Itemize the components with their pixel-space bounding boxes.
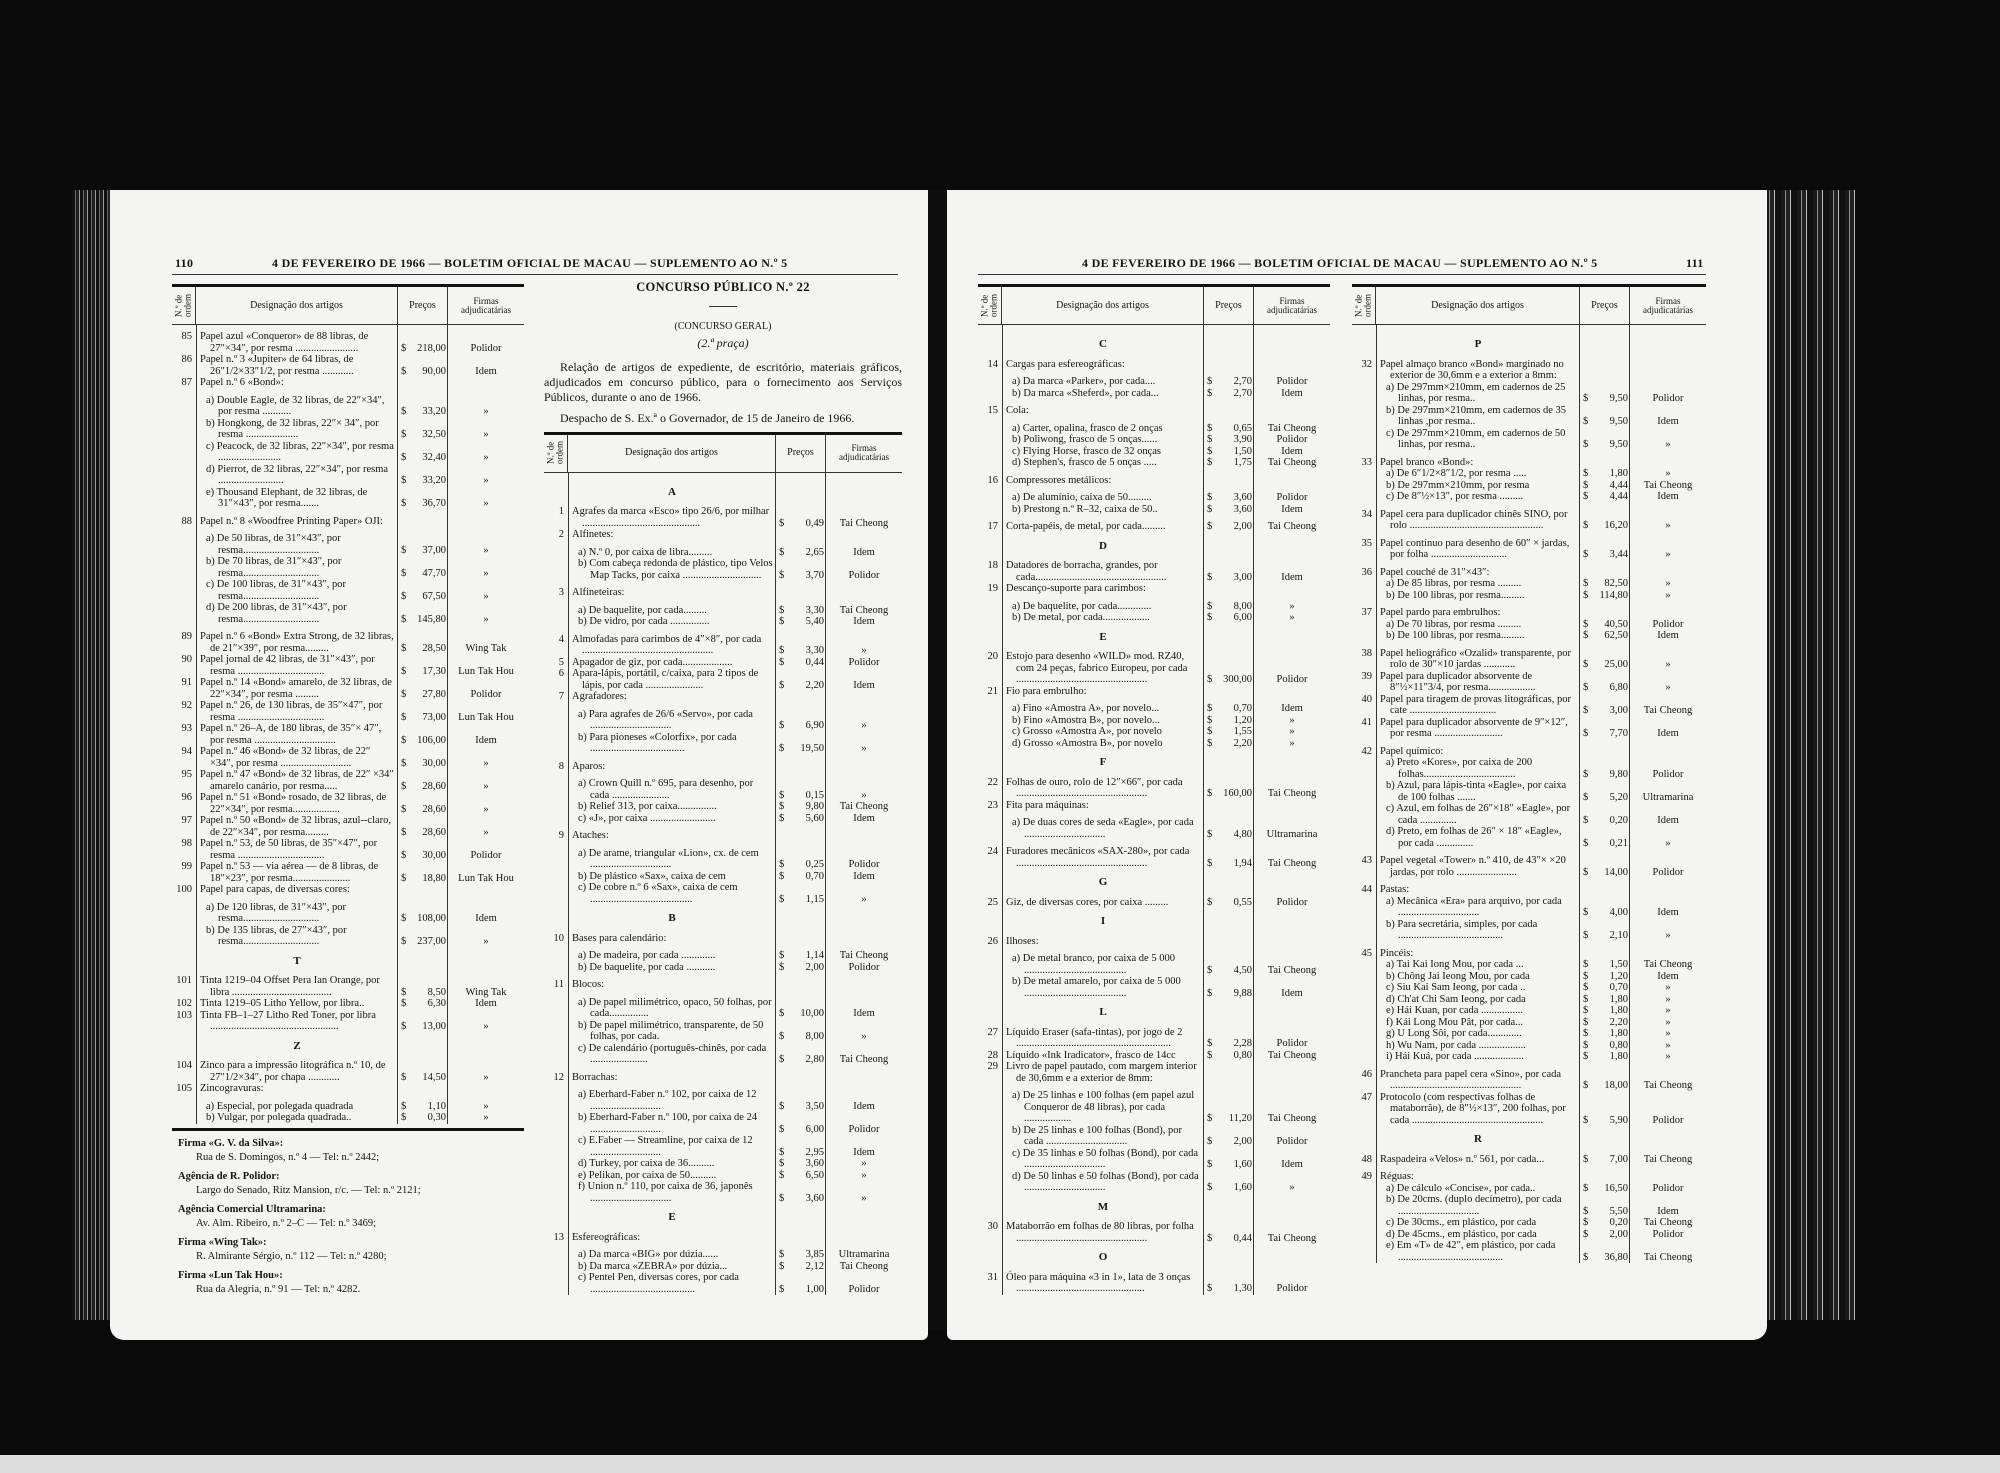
currency-sign: $ — [1207, 612, 1212, 624]
currency-sign: $ — [1583, 1217, 1588, 1229]
price-value: 36,70 — [422, 498, 446, 510]
item-price: $2,95 — [776, 1147, 826, 1159]
awarded-firm: Lun Tak Hou — [448, 873, 524, 885]
header-num: N.º de ordem — [978, 287, 1002, 325]
item-price: $17,30 — [398, 666, 448, 678]
price-column-rule — [1579, 325, 1580, 1263]
table-subrow: b) De 25 linhas e 100 folhas (Bond), por… — [978, 1125, 1330, 1148]
item-description: Papel n.º 47 «Bond» de 32 libras, de 22″… — [196, 769, 398, 792]
price-value: 82,50 — [1604, 578, 1628, 590]
currency-sign: $ — [1583, 930, 1588, 942]
item-price: $9,88 — [1204, 988, 1254, 1000]
firm-name: Firma «Lun Tak Hou»: — [178, 1269, 530, 1283]
table-subrow: b) Para secretária, simples, por cada ..… — [1352, 919, 1706, 942]
table-col-3: N.º de ordem Designação dos artigos Preç… — [978, 284, 1330, 1295]
price-value: 28,60 — [422, 781, 446, 793]
item-number: 26 — [978, 936, 1002, 948]
item-description: Papel n.º 26, de 130 libras, de 35″×47″,… — [196, 700, 398, 723]
currency-sign: $ — [401, 475, 406, 487]
item-number: 97 — [172, 815, 196, 827]
currency-sign: $ — [1207, 1050, 1212, 1062]
currency-sign: $ — [779, 813, 784, 825]
currency-sign: $ — [401, 936, 406, 948]
item-price: $1,75 — [1204, 457, 1254, 469]
currency-sign: $ — [1207, 988, 1212, 1000]
item-description: Papel para duplicador absorvente de 8″½×… — [1376, 671, 1580, 694]
price-value: 6,80 — [1610, 682, 1628, 694]
awarded-firm: Polidor — [1254, 674, 1330, 686]
item-description: f) Union n.º 110, por caixa de 36, japon… — [568, 1181, 776, 1204]
awarded-firm: Idem — [1630, 630, 1706, 642]
item-number: 98 — [172, 838, 196, 850]
price-value: 0,15 — [806, 790, 824, 802]
table-subrow: a) Da marca «BIG» por dúzia......$3,85Ul… — [544, 1249, 902, 1261]
currency-sign: $ — [1207, 726, 1212, 738]
table-subrow: c) De 35 linhas e 50 folhas (Bond), por … — [978, 1148, 1330, 1171]
table-subrow: a) De duas cores de seda «Eagle», por ca… — [978, 817, 1330, 840]
item-description: Papel n.º 53 — via aérea — de 8 libras, … — [196, 861, 398, 884]
table-subrow: c) Azul, em folhas de 26″×18″ «Eagle», p… — [1352, 803, 1706, 826]
item-price: $3,60 — [1204, 492, 1254, 504]
item-description: Papel heliográfico «Ozalid» transparente… — [1376, 648, 1580, 671]
awarded-firm: » — [1630, 439, 1706, 451]
price-value: 33,20 — [422, 475, 446, 487]
price-value: 3,00 — [1610, 705, 1628, 717]
price-value: 9,80 — [1610, 769, 1628, 781]
awarded-firm: » — [1630, 838, 1706, 850]
table-row: 15Cola: — [978, 405, 1330, 417]
currency-sign: $ — [1207, 423, 1212, 435]
currency-sign: $ — [1583, 1051, 1588, 1063]
item-price: $4,44 — [1580, 491, 1630, 503]
currency-sign: $ — [401, 804, 406, 816]
book-spine — [928, 190, 947, 1330]
table-row: 48Raspadeira «Velos» n.º 561, por cada..… — [1352, 1154, 1706, 1166]
currency-sign: $ — [1583, 1154, 1588, 1166]
item-number: 87 — [172, 377, 196, 389]
item-number: 105 — [172, 1083, 196, 1095]
price-value: 218,00 — [417, 343, 446, 355]
item-price: $2,80 — [776, 1054, 826, 1066]
table-subrow: c) Pentel Pen, diversas cores, por cada … — [544, 1272, 902, 1295]
price-value: 5,40 — [806, 616, 824, 628]
price-value: 3,85 — [806, 1249, 824, 1261]
awarded-firm: » — [1630, 1040, 1706, 1052]
item-price: $4,50 — [1204, 965, 1254, 977]
table-body: P32Papel almaço branco «Bond» marginado … — [1352, 325, 1706, 1263]
item-price: $114,80 — [1580, 590, 1630, 602]
price-value: 8,50 — [428, 987, 446, 999]
price-value: 67,50 — [422, 591, 446, 603]
table-row: 39Papel para duplicador absorvente de 8″… — [1352, 671, 1706, 694]
awarded-firm: » — [1630, 930, 1706, 942]
item-description: Papel vegetal «Tower» n.º 410, de 43″× ×… — [1376, 855, 1580, 878]
price-value: 5,20 — [1610, 792, 1628, 804]
item-number: 96 — [172, 792, 196, 804]
item-description: Estojo para desenho «WILD» mod. RZ40, co… — [1002, 651, 1204, 686]
item-description: a) Tai Kai Iong Mou, por cada ... — [1376, 959, 1580, 971]
currency-sign: $ — [779, 657, 784, 669]
price-value: 2,65 — [806, 547, 824, 559]
awarded-firm: Idem — [826, 616, 902, 628]
table-row: 91Papel n.º 14 «Bond» amarelo, de 32 lib… — [172, 677, 524, 700]
awarded-firm: Idem — [448, 366, 524, 378]
table-subrow: a) De papel milimétrico, opaco, 50 folha… — [544, 997, 902, 1020]
item-number: 89 — [172, 631, 196, 643]
currency-sign: $ — [1207, 504, 1212, 516]
price-value: 4,80 — [1234, 829, 1252, 841]
item-price: $6,00 — [1204, 612, 1254, 624]
item-price: $0,30 — [398, 1112, 448, 1124]
currency-sign: $ — [779, 790, 784, 802]
item-price: $4,44 — [1580, 480, 1630, 492]
table-row: 102Tinta 1219–05 Litho Yellow, por libra… — [172, 998, 524, 1010]
currency-sign: $ — [1583, 520, 1588, 532]
price-value: 1,30 — [1234, 1283, 1252, 1295]
item-description: c) De cobre n.º 6 «Sax», caixa de cem ..… — [568, 882, 776, 905]
item-description: d) Turkey, por caixa de 36.......... — [568, 1158, 776, 1170]
item-price: $3,30 — [776, 605, 826, 617]
header-firm: Firmas adjudicatárias — [826, 435, 902, 472]
table-row: 25Giz, de diversas cores, por caixa ....… — [978, 897, 1330, 909]
table-subrow: a) Crown Quill n.º 695, para desenho, po… — [544, 778, 902, 801]
item-price: $5,40 — [776, 616, 826, 628]
table-row: 3Alfineteiras: — [544, 587, 902, 599]
item-description: Papel couché de 31″×43″: — [1376, 567, 1580, 579]
awarded-firm: » — [448, 804, 524, 816]
awarded-firm: Idem — [826, 680, 902, 692]
item-description: b) De 100 libras, por resma......... — [1376, 630, 1580, 642]
item-price: $0,70 — [1580, 982, 1630, 994]
item-price: $6,90 — [776, 720, 826, 732]
table-subrow: a) Carter, opalina, frasco de 2 onças$0,… — [978, 423, 1330, 435]
table-row: 28Líquido «Ink Iradicator», frasco de 14… — [978, 1050, 1330, 1062]
item-number: 104 — [172, 1060, 196, 1072]
item-price: $82,50 — [1580, 578, 1630, 590]
table-row: 41Papel para duplicador absorvente de 9″… — [1352, 717, 1706, 740]
currency-sign: $ — [779, 570, 784, 582]
awarded-firm: Tai Cheong — [1630, 959, 1706, 971]
item-price: $0,15 — [776, 790, 826, 802]
price-value: 9,80 — [806, 801, 824, 813]
concurso-intro: Relação de artigos de expediente, de esc… — [544, 360, 902, 405]
price-value: 0,70 — [806, 871, 824, 883]
table-row: 93Papel n.º 26–A, de 180 libras, de 35″×… — [172, 723, 524, 746]
currency-sign: $ — [1207, 788, 1212, 800]
currency-sign: $ — [1583, 1080, 1588, 1092]
item-number: 33 — [1352, 457, 1376, 469]
item-description: a) Mecânica «Era» para arquivo, por cada… — [1376, 896, 1580, 919]
page-number-right: 111 — [1686, 256, 1704, 271]
currency-sign: $ — [779, 1031, 784, 1043]
item-description: Datadores de borracha, grandes, por cada… — [1002, 560, 1204, 583]
item-description: Zinco para a impressão litográfica n.º 1… — [196, 1060, 398, 1083]
item-price: $1,80 — [1580, 1028, 1630, 1040]
price-value: 32,50 — [422, 429, 446, 441]
awarded-firm: » — [1630, 1005, 1706, 1017]
currency-sign: $ — [1207, 1136, 1212, 1148]
item-price: $18,80 — [398, 873, 448, 885]
item-number: 90 — [172, 654, 196, 666]
price-value: 2,80 — [806, 1054, 824, 1066]
item-number: 29 — [978, 1061, 1002, 1073]
item-description: Tinta FB–1–27 Litho Red Toner, por libra… — [196, 1010, 398, 1033]
currency-sign: $ — [779, 871, 784, 883]
item-description: Bases para calendário: — [568, 933, 776, 945]
running-head-right: 4 DE FEVEREIRO DE 1966 — BOLETIM OFICIAL… — [1082, 256, 1597, 271]
item-number: 14 — [978, 359, 1002, 371]
item-description: a) De 50 libras, de 31″×43″, por resma..… — [196, 533, 398, 556]
item-price: $8,50 — [398, 987, 448, 999]
item-price: $9,80 — [776, 801, 826, 813]
awarded-firm: Tai Cheong — [826, 950, 902, 962]
table-row: 89Papel n.º 6 «Bond» Extra Strong, de 32… — [172, 631, 524, 654]
price-value: 90,00 — [422, 366, 446, 378]
table-subrow: c) De 297mm×210mm, em cadernos de 50 lin… — [1352, 428, 1706, 451]
price-value: 1,75 — [1234, 457, 1252, 469]
table-subrow: b) Com cabeça redonda de plástico, tipo … — [544, 558, 902, 581]
table-subrow: b) Eberhard-Faber n.º 100, por caixa de … — [544, 1112, 902, 1135]
awarded-firm: Idem — [448, 735, 524, 747]
awarded-firm: Idem — [1254, 988, 1330, 1000]
awarded-firm: Idem — [1254, 504, 1330, 516]
item-description: Papel azul «Conqueror» de 88 libras, de … — [196, 331, 398, 354]
price-value: 2,20 — [1610, 1017, 1628, 1029]
awarded-firm: » — [448, 406, 524, 418]
item-number: 6 — [544, 668, 568, 680]
currency-sign: $ — [401, 666, 406, 678]
item-description: e) Hái Kuan, por cada ................ — [1376, 1005, 1580, 1017]
table-row: 90Papel jornal de 42 libras, de 31″×43″,… — [172, 654, 524, 677]
awarded-firm: Tai Cheong — [1254, 457, 1330, 469]
awarded-firm: » — [1630, 549, 1706, 561]
price-value: 62,50 — [1604, 630, 1628, 642]
awarded-firm: Idem — [826, 547, 902, 559]
item-price: $1,94 — [1204, 858, 1254, 870]
item-description: c) Grosso «Amostra A», por novelo — [1002, 726, 1204, 738]
awarded-firm: Ultramarina — [1630, 792, 1706, 804]
price-value: 2,00 — [1234, 1136, 1252, 1148]
price-value: 1,20 — [1234, 715, 1252, 727]
item-description: Alfinetes: — [568, 529, 776, 541]
price-value: 6,00 — [806, 1124, 824, 1136]
item-description: Papel branco «Bond»: — [1376, 457, 1580, 469]
awarded-firm: » — [448, 498, 524, 510]
table-subrow: e) Pelikan, por caixa de 50..........$6,… — [544, 1170, 902, 1182]
currency-sign: $ — [1207, 388, 1212, 400]
header-rule-left — [172, 274, 898, 275]
scan-bottom-strip — [0, 1455, 2000, 1473]
item-price: $1,50 — [1580, 959, 1630, 971]
item-number: 4 — [544, 634, 568, 646]
price-value: 1,00 — [806, 1284, 824, 1296]
table-row: 19Descanço-suporte para carimbos: — [978, 583, 1330, 595]
currency-sign: $ — [1207, 858, 1212, 870]
item-description: b) De baquelite, por cada ........... — [568, 962, 776, 974]
price-value: 13,00 — [422, 1021, 446, 1033]
item-description: Papel para duplicador absorvente de 9″×1… — [1376, 717, 1580, 740]
item-description: Prancheta para papel cera «Sino», por ca… — [1376, 1069, 1580, 1092]
item-description: a) Da marca «BIG» por dúzia...... — [568, 1249, 776, 1261]
item-description: Tinta 1219–05 Litho Yellow, por libra.. — [196, 998, 398, 1010]
table-subrow: c) De cobre n.º 6 «Sax», caixa de cem ..… — [544, 882, 902, 905]
awarded-firm: Idem — [1254, 446, 1330, 458]
item-price: $0,70 — [1204, 703, 1254, 715]
item-description: b) Para pioneses «Colorfix», por cada ..… — [568, 732, 776, 755]
currency-sign: $ — [1583, 468, 1588, 480]
currency-sign: $ — [1583, 1028, 1588, 1040]
header-price: Preços — [398, 287, 448, 324]
item-price: $0,49 — [776, 518, 826, 530]
item-description: Protocolo (com respectivas folhas de mat… — [1376, 1092, 1580, 1127]
table-row: 43Papel vegetal «Tower» n.º 410, de 43″×… — [1352, 855, 1706, 878]
item-price: $1,55 — [1204, 726, 1254, 738]
item-description: Furadores mecânicos «SAX-280», por cada … — [1002, 846, 1204, 869]
currency-sign: $ — [1207, 457, 1212, 469]
table-subrow: d) Turkey, por caixa de 36..........$3,6… — [544, 1158, 902, 1170]
currency-sign: $ — [1583, 1115, 1588, 1127]
table-col-1: N.º de ordem Designação dos artigos Preç… — [172, 284, 524, 1297]
currency-sign: $ — [1207, 376, 1212, 388]
item-price: $25,00 — [1580, 659, 1630, 671]
item-price: $160,00 — [1204, 788, 1254, 800]
awarded-firm: Tai Cheong — [1630, 480, 1706, 492]
awarded-firm: » — [1254, 601, 1330, 613]
item-price: $2,00 — [1204, 1136, 1254, 1148]
table-subrow: c) Peacock, de 32 libras, 22″×34″, por r… — [172, 441, 524, 464]
item-number: 93 — [172, 723, 196, 735]
currency-sign: $ — [401, 406, 406, 418]
item-description: Fio para embrulho: — [1002, 686, 1204, 698]
currency-sign: $ — [779, 894, 784, 906]
item-number: 41 — [1352, 717, 1376, 729]
item-price: $13,00 — [398, 1021, 448, 1033]
item-number: 13 — [544, 1232, 568, 1244]
price-value: 33,20 — [422, 406, 446, 418]
item-price: $6,80 — [1580, 682, 1630, 694]
item-description: c) Pentel Pen, diversas cores, por cada … — [568, 1272, 776, 1295]
firm-name: Agência Comercial Ultramarina: — [178, 1203, 530, 1217]
awarded-firm: Polidor — [1630, 619, 1706, 631]
price-value: 10,00 — [800, 1008, 824, 1020]
item-description: Borrachas: — [568, 1072, 776, 1084]
item-number: 12 — [544, 1072, 568, 1084]
item-description: a) De baquelite, por cada............. — [1002, 601, 1204, 613]
table-row: 30Mataborrão em folhas de 80 libras, por… — [978, 1221, 1330, 1244]
table-subrow: c) De calendário (português-chinês, por … — [544, 1043, 902, 1066]
currency-sign: $ — [401, 568, 406, 580]
currency-sign: $ — [1583, 792, 1588, 804]
awarded-firm: Lun Tak Hou — [448, 712, 524, 724]
table-subrow: i) Hái Kuá, por cada ...................… — [1352, 1051, 1706, 1063]
table-body: 85Papel azul «Conqueror» de 88 libras, d… — [172, 325, 524, 1124]
price-value: 47,70 — [422, 568, 446, 580]
item-price: $0,80 — [1204, 1050, 1254, 1062]
item-number: 7 — [544, 691, 568, 703]
table-row: 11Blocos: — [544, 979, 902, 991]
table-subrow: c) Siu Kai Sam Ieong, por cada ..$0,70» — [1352, 982, 1706, 994]
awarded-firm: Tai Cheong — [826, 605, 902, 617]
price-value: 32,40 — [422, 452, 446, 464]
awarded-firm: » — [448, 1101, 524, 1113]
table-subrow: a) Preto «Kores», por caixa de 200 folha… — [1352, 757, 1706, 780]
currency-sign: $ — [401, 1101, 406, 1113]
item-number: 88 — [172, 516, 196, 528]
price-value: 1,50 — [1234, 446, 1252, 458]
header-desc: Designação dos artigos — [1376, 287, 1580, 324]
item-price: $145,80 — [398, 614, 448, 626]
price-value: 160,00 — [1223, 788, 1252, 800]
item-description: d) Ch'at Chi Sam Ieong, por cada — [1376, 994, 1580, 1006]
currency-sign: $ — [401, 689, 406, 701]
table-subrow: b) De baquelite, por cada ...........$2,… — [544, 962, 902, 974]
table-subrow: d) De 50 linhas e 50 folhas (Bond), por … — [978, 1171, 1330, 1194]
item-price: $30,00 — [398, 758, 448, 770]
currency-sign: $ — [1207, 521, 1212, 533]
table-body: A1Agrafes da marca «Esco» tipo 26/6, por… — [544, 473, 902, 1296]
item-price: $3,50 — [776, 1101, 826, 1113]
currency-sign: $ — [779, 1158, 784, 1170]
awarded-firm: Idem — [1254, 703, 1330, 715]
awarded-firm: Idem — [1254, 388, 1330, 400]
item-description: d) De 200 libras, de 31″×43″, por resma.… — [196, 602, 398, 625]
section-letter: C — [978, 331, 1204, 359]
price-value: 300,00 — [1223, 674, 1252, 686]
item-description: Esfereográficas: — [568, 1232, 776, 1244]
item-price: $4,80 — [1204, 829, 1254, 841]
currency-sign: $ — [1583, 728, 1588, 740]
item-price: $36,80 — [1580, 1252, 1630, 1264]
awarded-firm: » — [448, 545, 524, 557]
price-value: 0,30 — [428, 1112, 446, 1124]
table-subrow: c) De 8″½×13″, por resma .........$4,44I… — [1352, 491, 1706, 503]
item-description: Papel contínuo para desenho de 60″ × jar… — [1376, 538, 1580, 561]
header-num: N.º de ordem — [544, 434, 568, 472]
awarded-firm: » — [448, 568, 524, 580]
price-value: 3,60 — [806, 1193, 824, 1205]
currency-sign: $ — [1583, 907, 1588, 919]
currency-sign: $ — [1583, 959, 1588, 971]
item-description: a) De 70 libras, por resma ......... — [1376, 619, 1580, 631]
item-description: Zincogravuras: — [196, 1083, 398, 1095]
awarded-firm: Tai Cheong — [1630, 1252, 1706, 1264]
item-price: $2,20 — [1580, 1017, 1630, 1029]
table-row: 17Corta-papéis, de metal, por cada......… — [978, 521, 1330, 533]
table-subrow: b) Da marca «ZEBRA» por dúzia...$2,12Tai… — [544, 1261, 902, 1273]
item-number: 86 — [172, 354, 196, 366]
awarded-firm: Tai Cheong — [1254, 788, 1330, 800]
awarded-firm: Idem — [448, 913, 524, 925]
currency-sign: $ — [779, 1284, 784, 1296]
currency-sign: $ — [401, 913, 406, 925]
item-price: $5,60 — [776, 813, 826, 825]
item-number: 30 — [978, 1221, 1002, 1233]
item-number: 16 — [978, 475, 1002, 487]
item-price: $1,15 — [776, 894, 826, 906]
item-number: 37 — [1352, 607, 1376, 619]
awarded-firm: » — [448, 827, 524, 839]
item-price: $3,60 — [1204, 504, 1254, 516]
currency-sign: $ — [401, 343, 406, 355]
item-price: $14,00 — [1580, 867, 1630, 879]
item-number: 8 — [544, 761, 568, 773]
item-number: 32 — [1352, 359, 1376, 371]
awarded-firm: Polidor — [448, 689, 524, 701]
price-value: 5,50 — [1610, 1206, 1628, 1218]
price-value: 16,50 — [1604, 1183, 1628, 1195]
awarded-firm: Tai Cheong — [826, 518, 902, 530]
item-description: d) Grosso «Amostra B», por novelo — [1002, 738, 1204, 750]
